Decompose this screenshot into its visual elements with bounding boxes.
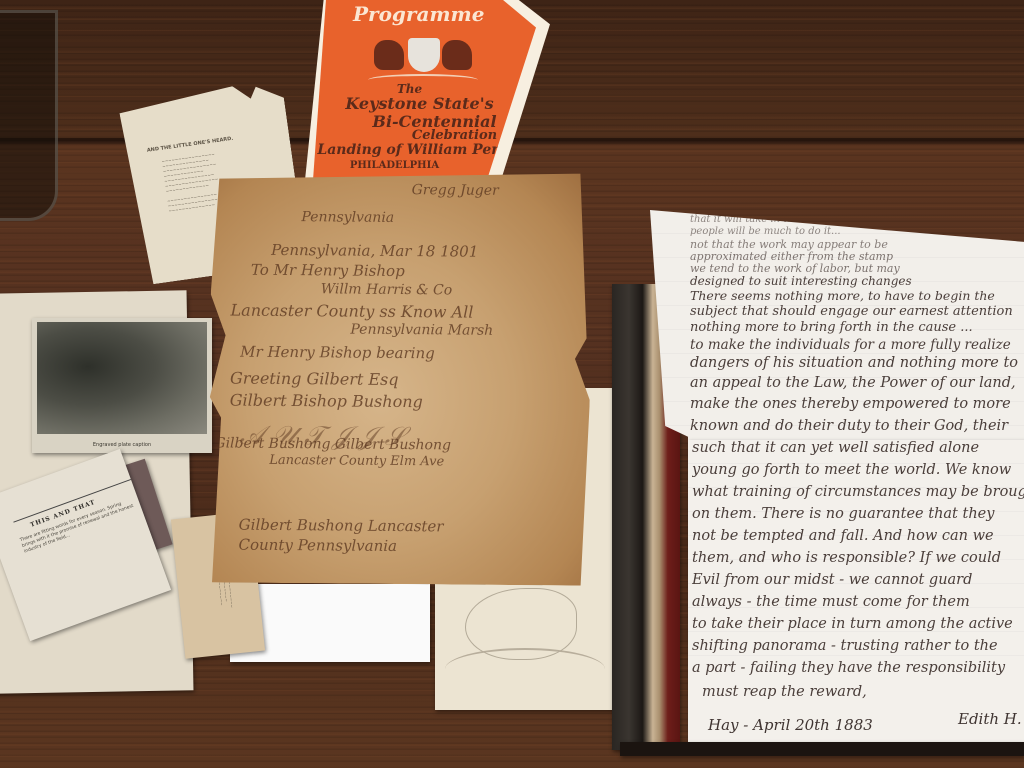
journal-line: shifting panorama - trusting rather to t… bbox=[692, 638, 1024, 654]
journal-line: known and do their duty to their God, th… bbox=[690, 418, 1024, 434]
journal-signature: Edith H. bbox=[958, 710, 1022, 728]
journal-line: always - the time must come for them bbox=[692, 594, 1024, 610]
programme-keystone: Keystone State's bbox=[303, 94, 536, 113]
journal-line: to take their place in turn among the ac… bbox=[692, 616, 1024, 632]
engraving-landscape-image bbox=[37, 322, 207, 434]
deed-line: Willm Harris & Co bbox=[321, 281, 453, 298]
deed-line: Gregg Juger bbox=[412, 182, 499, 199]
journal-line: make the ones thereby empowered to more bbox=[690, 396, 1024, 412]
deed-line: Mr Henry Bishop bearing bbox=[240, 343, 435, 363]
journal-line: There seems nothing more, to have to beg… bbox=[690, 288, 1024, 303]
deed-line: Gilbert Bushong Gilbert Bushong bbox=[214, 435, 451, 453]
journal-line: subject that should engage our earnest a… bbox=[690, 304, 1024, 319]
journal-line: them, and who is responsible? If we coul… bbox=[692, 550, 1024, 566]
journal-line: what training of circumstances may be br… bbox=[692, 484, 1024, 500]
antique-deed: Gregg Juger Pennsylvania Pennsylvania, M… bbox=[208, 170, 592, 585]
journal-line: nothing more to bring forth in the cause… bbox=[690, 320, 1024, 335]
programme-title: Programme bbox=[353, 2, 484, 26]
journal-bottom-edge bbox=[620, 742, 1024, 756]
programme-william-penn: Landing of William Penn bbox=[293, 142, 536, 158]
journal-line: designed to suit interesting changes bbox=[690, 274, 1024, 288]
song-heading: AND THE LITTLE ONE'S HEARD. bbox=[147, 137, 234, 154]
journal-line: young go forth to meet the world. We kno… bbox=[692, 462, 1024, 478]
deed-line: Pennsylvania, Mar 18 1801 bbox=[271, 241, 478, 261]
journal-line: dangers of his situation and nothing mor… bbox=[690, 355, 1024, 371]
journal-line: such that it can yet well satisfied alon… bbox=[692, 440, 1024, 456]
deed-line: Lancaster County ss Know All bbox=[231, 301, 474, 322]
song-verse: ~~~~~~~~~~~~~~~~ ~~~~~~~~~~~~~~ ~~~~~~~~… bbox=[161, 151, 222, 213]
journal-line: must reap the reward, bbox=[702, 684, 1024, 700]
journal-place-date: Hay - April 20th 1883 bbox=[708, 716, 873, 734]
deed-line: Gilbert Bishop Bushong bbox=[230, 391, 423, 412]
programme-celebration: Celebration bbox=[373, 128, 536, 143]
journal-line: an appeal to the Law, the Power of our l… bbox=[690, 375, 1024, 391]
deed-line: Gilbert Bushong Lancaster bbox=[239, 516, 444, 536]
deed-line: To Mr Henry Bishop bbox=[251, 261, 405, 280]
journal-page-footer: a part - failing they have the responsib… bbox=[688, 660, 1024, 742]
journal-line: Evil from our midst - we cannot guard bbox=[692, 572, 1024, 588]
journal-line: a part - failing they have the responsib… bbox=[692, 660, 1024, 676]
engraving-print: Engraved plate caption bbox=[32, 318, 212, 453]
deed-line: County Pennsylvania bbox=[238, 536, 397, 555]
deed-line: Lancaster County Elm Ave bbox=[269, 453, 444, 470]
glass-jar bbox=[0, 10, 58, 221]
journal-line: to make the individuals for a more fully… bbox=[690, 337, 1024, 353]
deed-line: Greeting Gilbert Esq bbox=[230, 369, 399, 389]
pennsylvania-coat-of-arms-icon bbox=[368, 30, 478, 88]
journal-line: not be tempted and fall. And how can we bbox=[692, 528, 1024, 544]
branch-drawing bbox=[445, 648, 605, 690]
journal-line: on them. There is no guarantee that they bbox=[692, 506, 1024, 522]
deed-line: Pennsylvania Marsh bbox=[350, 322, 493, 339]
deed-line: Pennsylvania bbox=[301, 209, 394, 226]
engraving-caption: Engraved plate caption bbox=[32, 442, 212, 448]
